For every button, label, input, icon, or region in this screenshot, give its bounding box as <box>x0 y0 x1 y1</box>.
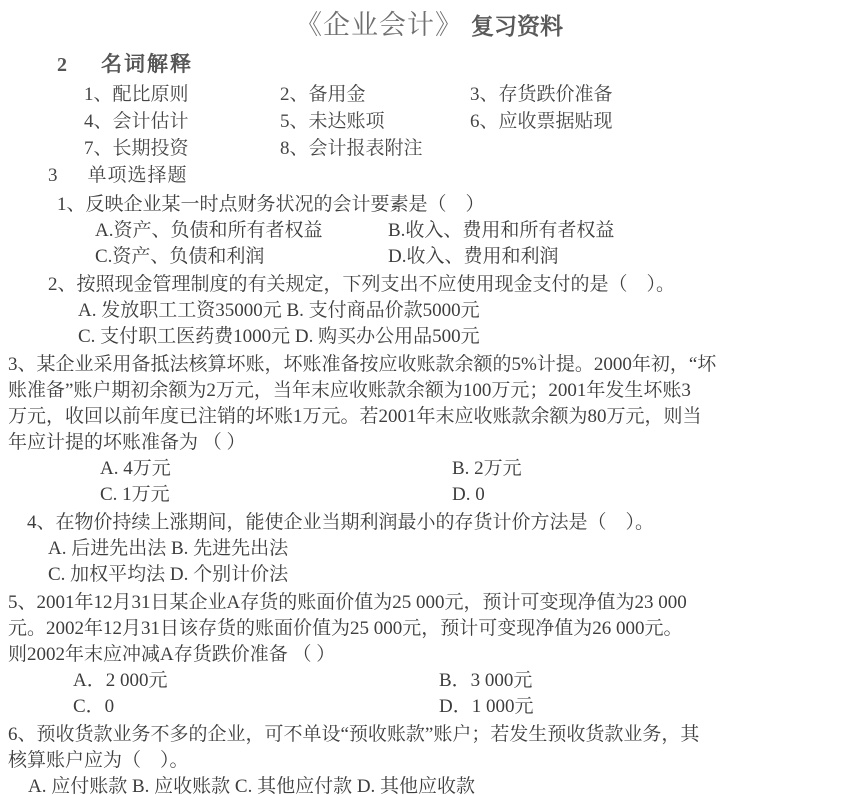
option-row: C.资产、负债和利润 D.收入、费用和利润 <box>0 244 858 270</box>
option-c: C. 1万元 <box>100 482 452 508</box>
title-book-name: 《企业会计》 <box>295 10 463 40</box>
option-row: A. 4万元 B. 2万元 <box>0 456 858 482</box>
section-heading-choice: 3 单项选择题 <box>0 162 858 190</box>
question-stem: 4、在物价持续上涨期间，能使企业当期利润最小的存货计价方法是（ ）。 <box>0 510 858 536</box>
option-row: C. 1万元 D. 0 <box>0 482 858 508</box>
question-stem-line: 5、2001年12月31日某企业A存货的账面价值为25 000元，预计可变现净值… <box>0 590 858 616</box>
option-row: A. 应付账款 B. 应收账款 C. 其他应付款 D. 其他应收款 <box>0 774 858 795</box>
question-stem-line: 则2002年末应冲减A存货跌价准备 （ ） <box>0 642 858 668</box>
question-stem-line: 年应计提的坏账准备为 （ ） <box>0 430 858 456</box>
term-item: 5、未达账项 <box>280 108 470 135</box>
term-item <box>470 135 858 162</box>
question-3: 3、某企业采用备抵法核算坏账，坏账准备按应收账款余额的5%计提。2000年初，“… <box>0 352 858 508</box>
option-b: B. 2万元 <box>452 456 522 482</box>
option-row: A. 发放职工工资35000元 B. 支付商品价款5000元 <box>0 298 858 324</box>
term-item: 3、存货跌价准备 <box>470 81 858 108</box>
document-page: 《企业会计》复习资料 2 名词解释 1、配比原则 2、备用金 3、存货跌价准备 … <box>0 0 858 795</box>
section-title: 名词解释 <box>101 53 193 76</box>
option-c: C．0 <box>73 694 439 720</box>
section-number: 2 <box>57 54 67 76</box>
question-6: 6、预收货款业务不多的企业，可不单设“预收账款”账户；若发生预收货款业务，其 核… <box>0 722 858 795</box>
option-d: D. 0 <box>452 482 485 508</box>
title-suffix: 复习资料 <box>471 13 563 39</box>
term-item: 1、配比原则 <box>84 81 280 108</box>
term-item: 7、长期投资 <box>84 135 280 162</box>
option-row: A.资产、负债和所有者权益 B.收入、费用和所有者权益 <box>0 218 858 244</box>
question-5: 5、2001年12月31日某企业A存货的账面价值为25 000元，预计可变现净值… <box>0 590 858 720</box>
question-stem-line: 3、某企业采用备抵法核算坏账，坏账准备按应收账款余额的5%计提。2000年初，“… <box>0 352 858 378</box>
option-a: A. 4万元 <box>100 456 452 482</box>
document-title: 《企业会计》复习资料 <box>0 6 858 43</box>
section-number: 3 <box>48 165 58 186</box>
term-item: 4、会计估计 <box>84 108 280 135</box>
term-item: 2、备用金 <box>280 81 470 108</box>
option-row: C. 支付职工医药费1000元 D. 购买办公用品500元 <box>0 324 858 350</box>
option-row: A. 后进先出法 B. 先进先出法 <box>0 536 858 562</box>
term-item: 6、应收票据贴现 <box>470 108 858 135</box>
section-title: 单项选择题 <box>88 165 188 186</box>
question-stem: 2、按照现金管理制度的有关规定，下列支出不应使用现金支付的是（ ）。 <box>0 272 858 298</box>
option-d: D.收入、费用和利润 <box>388 244 558 270</box>
option-b: B．3 000元 <box>439 668 532 694</box>
question-4: 4、在物价持续上涨期间，能使企业当期利润最小的存货计价方法是（ ）。 A. 后进… <box>0 510 858 588</box>
terms-row: 1、配比原则 2、备用金 3、存货跌价准备 <box>0 81 858 108</box>
option-b: B.收入、费用和所有者权益 <box>388 218 614 244</box>
option-c: C.资产、负债和利润 <box>95 244 388 270</box>
question-stem-line: 万元，收回以前年度已注销的坏账1万元。若2001年末应收账款余额为80万元，则当 <box>0 404 858 430</box>
terms-row: 7、长期投资 8、会计报表附注 <box>0 135 858 162</box>
option-a: A.资产、负债和所有者权益 <box>95 218 388 244</box>
question-2: 2、按照现金管理制度的有关规定，下列支出不应使用现金支付的是（ ）。 A. 发放… <box>0 272 858 350</box>
option-row: C．0 D．1 000元 <box>0 694 858 720</box>
option-row: C. 加权平均法 D. 个别计价法 <box>0 562 858 588</box>
option-a: A．2 000元 <box>73 668 439 694</box>
question-stem-line: 6、预收货款业务不多的企业，可不单设“预收账款”账户；若发生预收货款业务，其 <box>0 722 858 748</box>
question-1: 1、反映企业某一时点财务状况的会计要素是（ ） A.资产、负债和所有者权益 B.… <box>0 192 858 270</box>
term-item: 8、会计报表附注 <box>280 135 470 162</box>
question-stem: 1、反映企业某一时点财务状况的会计要素是（ ） <box>0 192 858 218</box>
option-row: A．2 000元 B．3 000元 <box>0 668 858 694</box>
question-stem-line: 核算账户应为（ ）。 <box>0 748 858 774</box>
question-stem-line: 账准备”账户期初余额为2万元，当年末应收账款余额为100万元；2001年发生坏账… <box>0 378 858 404</box>
terms-list: 1、配比原则 2、备用金 3、存货跌价准备 4、会计估计 5、未达账项 6、应收… <box>0 81 858 162</box>
section-heading-terms: 2 名词解释 <box>0 51 858 81</box>
question-stem-line: 元。2002年12月31日该存货的账面价值为25 000元，预计可变现净值为26… <box>0 616 858 642</box>
option-d: D．1 000元 <box>439 694 533 720</box>
terms-row: 4、会计估计 5、未达账项 6、应收票据贴现 <box>0 108 858 135</box>
